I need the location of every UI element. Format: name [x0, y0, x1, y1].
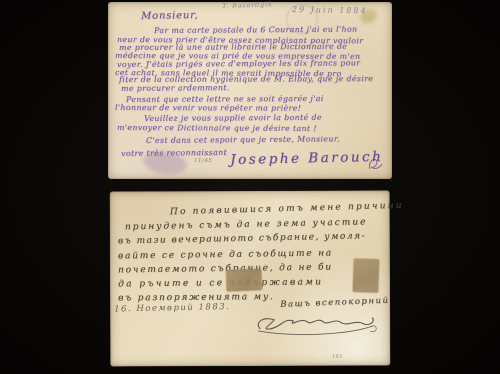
postcard-bottom: По появившися отъ мене причини принуденъ… [110, 191, 391, 367]
handwriting-line: принуденъ съмъ да не зема участие [125, 217, 368, 232]
handwriting-line: me procurer ardemment. [121, 83, 230, 93]
handwriting-line: me procurer là une autre librairie le Di… [119, 42, 347, 52]
handwriting-line: voyer. J'étais prigés avec d'employer le… [117, 58, 360, 69]
handwriting-line: да ръчите и се задържавами [118, 277, 323, 289]
handwriting-line: Veuillez je vous supplie avoir la bonté … [144, 113, 322, 123]
handwriting-line: cet achat, sans lequel il me serait impo… [115, 68, 342, 78]
pencil-annotation: 183 [332, 355, 342, 360]
signature-paraph-flourish [366, 156, 384, 172]
stamp-remnant-stain-center [226, 268, 263, 291]
handwriting-line: C'est dans cet espoir que je reste, Mons… [146, 134, 340, 145]
date-line: 16. Ноемврий 1883. [114, 302, 230, 314]
handwriting-line: Par ma carte postale du 6 Courant j'ai e… [154, 25, 357, 35]
handwriting-line: Pensant que cette lettre ne se soit égar… [126, 94, 324, 104]
handwriting-line: вайте се срочне да съобщите на [118, 248, 333, 261]
photo-background: T. Bazardgik 29 Juin 1884 Monsieur, Par … [0, 0, 500, 374]
salutation: Monsieur, [141, 10, 199, 22]
postcard-top: T. Bazardgik 29 Juin 1884 Monsieur, Par … [108, 2, 392, 179]
handwriting-line: médecine que je vous ai prié de vous emp… [115, 51, 360, 61]
signature-top: Josephe Barouch [230, 149, 383, 168]
handwriting-line: fiter de la collection hygiénique de M. … [119, 74, 373, 84]
handwriting-line: По появившися отъ мене причини [170, 201, 404, 218]
handwriting-line: l'honneur de venir vous répéter ma prièr… [115, 103, 301, 113]
handwriting-line: въ тази вечерашното събрание, умоля- [118, 231, 366, 246]
dateline-place: T. Bazardgik [222, 0, 273, 10]
handwriting-line: neur de vous prier d'être assez complais… [117, 35, 363, 45]
stamp-remnant-stain-right [352, 258, 379, 293]
ink-smudge-violet [142, 149, 189, 177]
handwriting-line: въ разпоряженията му. [118, 292, 275, 303]
pencil-annotation: 11/45 [194, 158, 212, 164]
handwriting-line: m'envoyer ce Dictionnaire que je désire … [117, 123, 317, 133]
postmark-circle-faint [286, 4, 318, 34]
signature-scrawl [250, 309, 382, 339]
ink-smudge-yellow [358, 7, 378, 25]
